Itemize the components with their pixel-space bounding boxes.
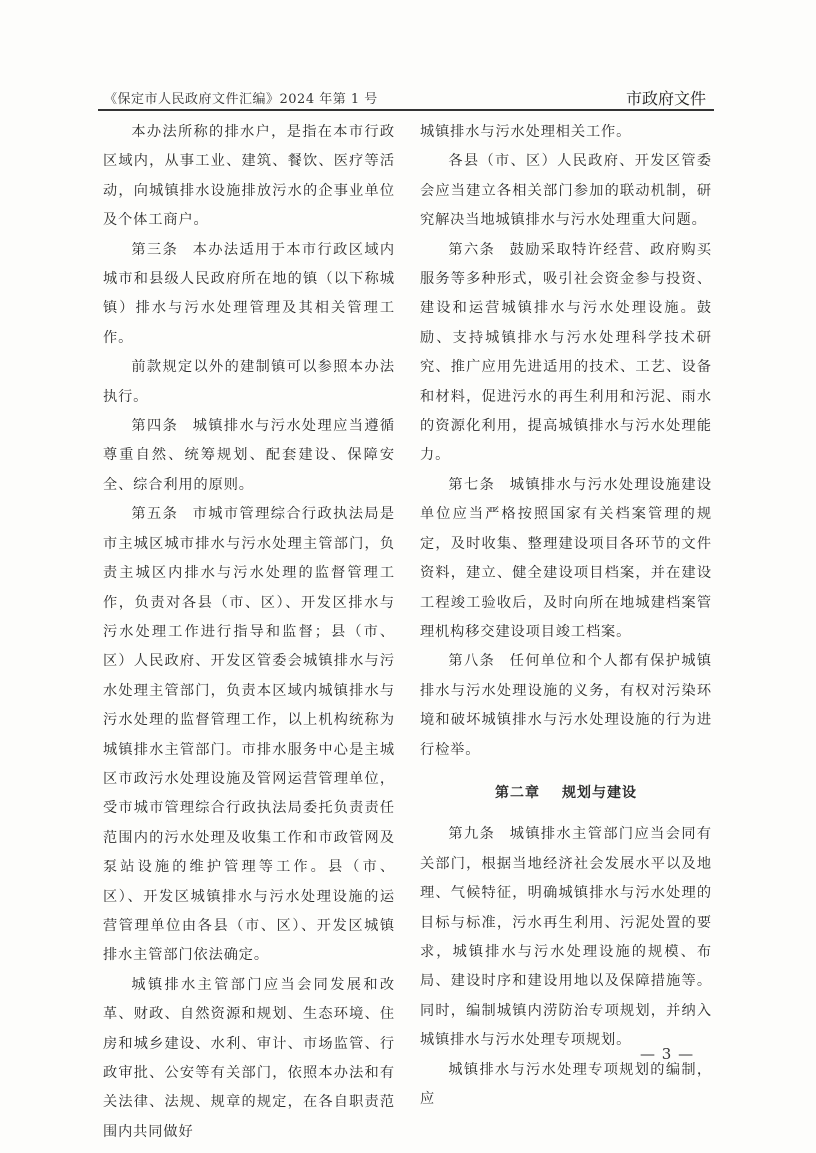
article-text: 城镇排水与污水处理设施建设单位应当严格按照国家有关档案管理的规定，及时收集、整理… [420,477,712,640]
article-6: 第六条鼓励采取特许经营、政府购买服务等多种形式，吸引社会资金参与投资、建设和运营… [420,236,712,471]
article-text: 鼓励采取特许经营、政府购买服务等多种形式，吸引社会资金参与投资、建设和运营城镇排… [420,242,712,464]
right-column: 城镇排水与污水处理相关工作。 各县（市、区）人民政府、开发区管委会应当建立各相关… [420,118,712,1114]
article-label: 第四条 [131,418,178,434]
paragraph: 本办法所称的排水户，是指在本市行政区域内，从事工业、建筑、餐饮、医疗等活动，向城… [103,118,395,236]
article-text: 市城市管理综合行政执法局是市主城区城市排水与污水处理主管部门，负责主城区内排水与… [103,506,395,963]
article-label: 第七条 [448,477,495,493]
paragraph: 各县（市、区）人民政府、开发区管委会应当建立各相关部门参加的联动机制，研究解决当… [420,147,712,235]
article-label: 第八条 [448,653,495,669]
paragraph: 前款规定以外的建制镇可以参照本办法执行。 [103,353,395,412]
article-9: 第九条城镇排水主管部门应当会同有关部门，根据当地经济社会发展水平以及地理、气候特… [420,820,712,1055]
chapter-heading: 第二章规划与建设 [420,779,712,808]
article-label: 第六条 [448,242,495,258]
header-rule [98,109,714,111]
article-7: 第七条城镇排水与污水处理设施建设单位应当严格按照国家有关档案管理的规定，及时收集… [420,471,712,647]
publication-title: 《保定市人民政府文件汇编》2024 年第 1 号 [104,88,378,107]
paragraph: 城镇排水主管部门应当会同发展和改革、财政、自然资源和规划、生态环境、住房和城乡建… [103,971,395,1147]
running-header: 《保定市人民政府文件汇编》2024 年第 1 号 市政府文件 [98,86,714,108]
article-text: 城镇排水主管部门应当会同有关部门，根据当地经济社会发展水平以及地理、气候特征，明… [420,826,712,1048]
section-label: 市政府文件 [626,86,706,109]
paragraph: 城镇排水与污水处理专项规划的编制，应 [420,1056,712,1115]
paragraph-continued: 城镇排水与污水处理相关工作。 [420,118,712,147]
article-4: 第四条城镇排水与污水处理应当遵循尊重自然、统筹规划、配套建设、保障安全、综合利用… [103,412,395,500]
article-label: 第九条 [448,826,495,842]
left-column: 本办法所称的排水户，是指在本市行政区域内，从事工业、建筑、餐饮、医疗等活动，向城… [103,118,395,1147]
chapter-number: 第二章 [495,785,540,801]
article-8: 第八条任何单位和个人都有保护城镇排水与污水处理设施的义务，有权对污染环境和破坏城… [420,647,712,765]
chapter-title: 规划与建设 [562,785,637,801]
article-3: 第三条本办法适用于本市行政区域内城市和县级人民政府所在地的镇（以下称城镇）排水与… [103,236,395,354]
page-number: — 3 — [640,1045,694,1063]
article-label: 第三条 [131,242,178,258]
article-label: 第五条 [131,506,178,522]
article-5: 第五条市城市管理综合行政执法局是市主城区城市排水与污水处理主管部门，负责主城区内… [103,500,395,971]
